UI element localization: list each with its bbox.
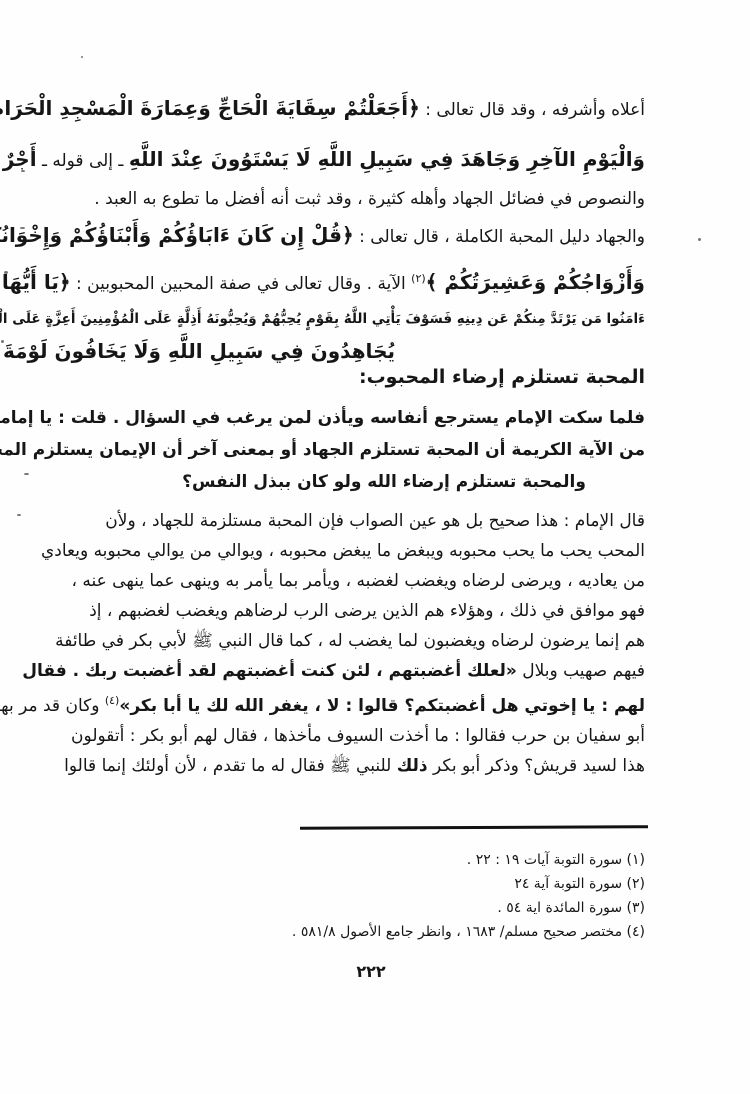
text-line: هذا لسيد قريش؟ وذكر أبو بكر ذلك للنبي ﷺ …	[63, 751, 645, 781]
text-line: فيهم صهيب وبلال «لعلك أغضبتهم ، لئن كنت …	[63, 656, 645, 686]
section-heading: المحبة تستلزم إرضاء المحبوب:	[63, 366, 645, 388]
footnotes: (١) سورة التوبة آيات ١٩ : ٢٢ . (٢) سورة …	[63, 848, 645, 944]
quran-verse-text: وَالْيَوْمِ الآخِرِ وَجَاهَدَ فِي سَبِيل…	[129, 147, 645, 171]
scan-speckle	[20, 227, 25, 229]
scan-speckle	[698, 238, 701, 241]
text-line: قال الإمام : هذا صحيح بل هو عين الصواب ف…	[63, 506, 645, 536]
text-line: وَأَزْوَاجُكُمْ وَعَشِيرَتُكُمْ ﴾(٢) الآ…	[63, 258, 645, 305]
text-line: أعلاه وأشرفه ، وقد قال تعالى : ﴿أَجَعَلْ…	[63, 85, 645, 133]
book-page: أعلاه وأشرفه ، وقد قال تعالى : ﴿أَجَعَلْ…	[0, 0, 750, 1094]
quran-verse-line-end: يُجَاهِدُونَ فِي سَبِيلِ اللَّهِ وَلَا ي…	[63, 333, 395, 368]
footnote-separator	[300, 825, 648, 830]
footnote-line: (٤) مختصر صحيح مسلم/ ١٦٨٣ ، وانظر جامع ا…	[63, 920, 645, 944]
text-line: من الآية الكريمة أن المحبة تستلزم الجهاد…	[63, 434, 645, 466]
text-line: المحب يحب ما يحب محبوبه ويبغض ما يبغض مح…	[63, 536, 645, 566]
narration-text: أعلاه وأشرفه ، وقد قال تعالى :	[420, 100, 645, 120]
quran-verse-text: أَجْرٌ عَظِيمٌ ﴾	[0, 147, 37, 171]
hadith-quote-text: «لعلك أغضبتهم ، لئن كنت أغضبتهم لقد أغضب…	[22, 661, 517, 681]
scan-speckle	[21, 170, 25, 172]
quran-verse-text: ﴿أَجَعَلْتُمْ سِقَايَةَ الْحَاجِّ وَعِمَ…	[0, 96, 420, 120]
scan-speckle	[4, 271, 8, 274]
narration-text: وكان قد مر بهم	[0, 696, 105, 716]
quran-verse-text: ﴿قُلْ إِن كَانَ ءَابَاؤُكُمْ وَأَبْنَاؤُ…	[0, 223, 354, 247]
narration-text: هذا لسيد قريش؟ وذكر أبو بكر	[428, 756, 645, 776]
emphasized-word: ذلك	[397, 756, 428, 776]
narration-text: ـ إلى قوله ـ	[37, 151, 129, 171]
footnote-line: (٢) سورة التوبة آية ٢٤	[63, 872, 645, 896]
text-line: فهو موافق في ذلك ، وهؤلاء هم الذين يرضى …	[63, 596, 645, 626]
text-line: من يعاديه ، ويرضى لرضاه ويغضب لغضبه ، وي…	[63, 566, 645, 596]
page-number: ٢٢٢	[0, 962, 742, 981]
narration-text: الآية . وقال تعالى في صفة المحبين المحبو…	[71, 274, 412, 294]
text-line: هم إنما يرضون لرضاه ويغضبون لما يغضب له …	[63, 626, 645, 656]
quran-verse-line-small: ءَامَنُوا مَن يَرْتَدَّ مِنكُمْ عَن دِين…	[63, 305, 645, 333]
answer-paragraph: قال الإمام : هذا صحيح بل هو عين الصواب ف…	[63, 506, 645, 781]
text-line: فلما سكت الإمام يسترجع أنفاسه ويأذن لمن …	[63, 402, 645, 434]
quran-verse-text: ﴿يَا أَيُّهَا الَّذِينَ	[0, 270, 71, 294]
narration-text: للنبي ﷺ فقال له ما تقدم ، لأن أولئك إنما…	[64, 756, 397, 776]
footnote-line: (٣) سورة المائدة اية ٥٤ .	[63, 896, 645, 920]
scan-speckle	[81, 56, 83, 58]
text-line: وَالْيَوْمِ الآخِرِ وَجَاهَدَ فِي سَبِيل…	[63, 133, 645, 184]
hadith-quote-text: لهم : يا إخوتي هل أغضبتكم؟ قالوا : لا ، …	[119, 696, 645, 716]
quran-verse-text: يُجَاهِدُونَ فِي سَبِيلِ اللَّهِ وَلَا ي…	[0, 339, 395, 363]
scan-speckle	[1, 340, 4, 343]
text-line: أبو سفيان بن حرب فقالوا : ما أخذت السيوف…	[63, 721, 645, 751]
footnote-line: (١) سورة التوبة آيات ١٩ : ٢٢ .	[63, 848, 645, 872]
footnote-marker-2: (٢)	[411, 272, 426, 285]
quran-verse-text: وَأَزْوَاجُكُمْ وَعَشِيرَتُكُمْ ﴾	[426, 270, 645, 294]
text-line: والجهاد دليل المحبة الكاملة ، قال تعالى …	[63, 214, 645, 258]
scan-speckle	[24, 473, 29, 475]
narration-text: فيهم صهيب وبلال	[517, 661, 645, 681]
narration-text: والجهاد دليل المحبة الكاملة ، قال تعالى …	[354, 227, 645, 247]
text-line: والنصوص في فضائل الجهاد وأهله كثيرة ، وق…	[63, 184, 645, 214]
scan-speckle	[17, 514, 21, 516]
question-paragraph: فلما سكت الإمام يسترجع أنفاسه ويأذن لمن …	[63, 402, 645, 498]
text-line: لهم : يا إخوتي هل أغضبتكم؟ قالوا : لا ، …	[63, 686, 645, 721]
text-line: والمحبة تستلزم إرضاء الله ولو كان ببذل ا…	[123, 466, 645, 498]
intro-paragraphs: أعلاه وأشرفه ، وقد قال تعالى : ﴿أَجَعَلْ…	[63, 85, 645, 368]
footnote-marker-4: (٤)	[105, 694, 120, 707]
